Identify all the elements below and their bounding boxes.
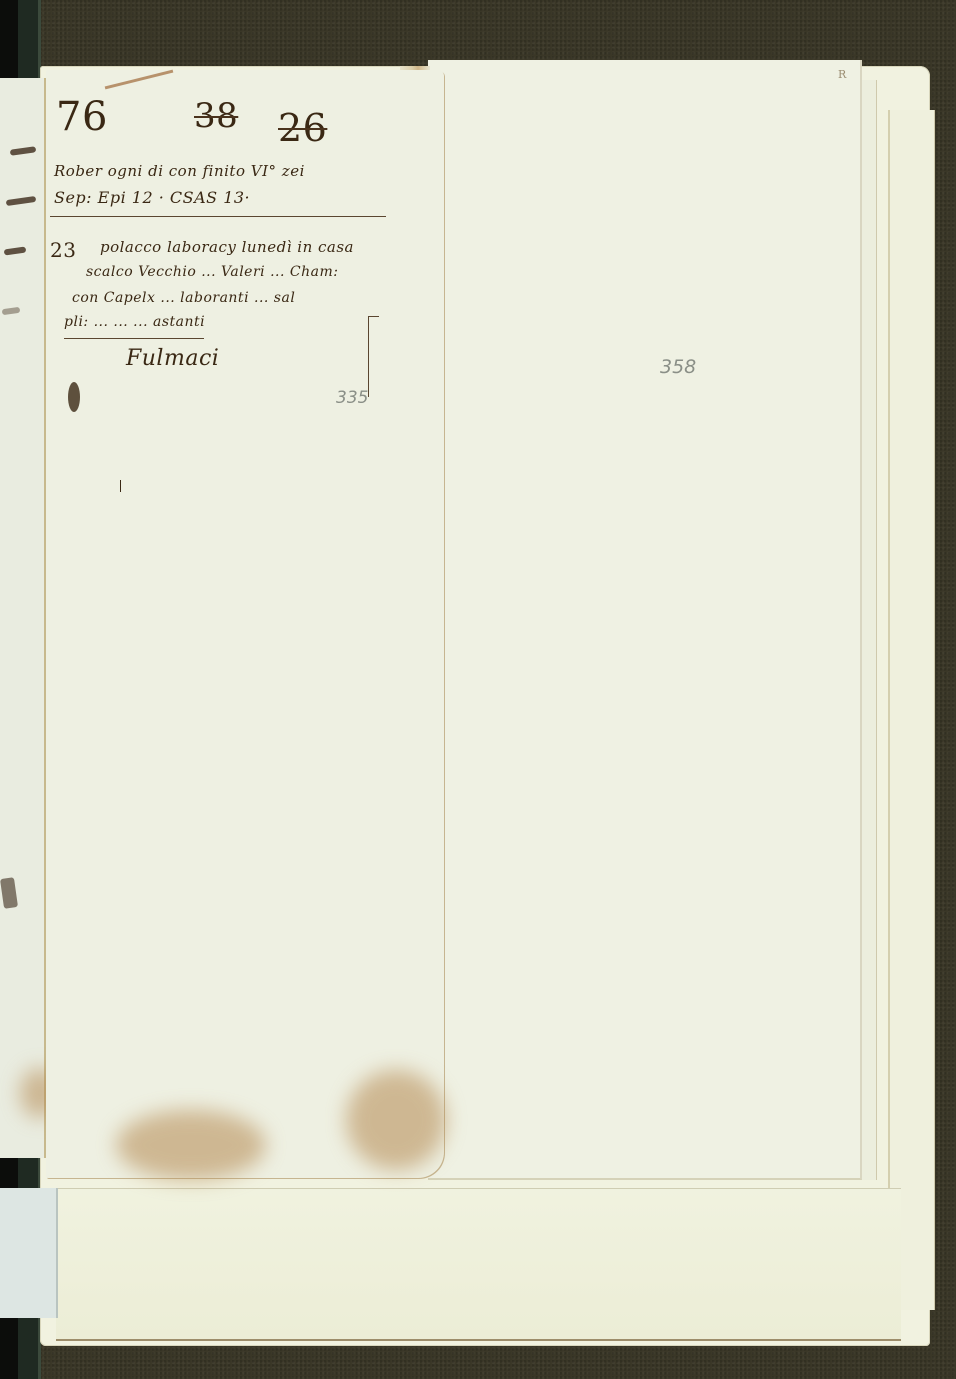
signature: Fulmaci <box>126 346 219 371</box>
struck-number-2: 26 <box>278 106 327 150</box>
ink-mark <box>120 480 121 492</box>
folio-number: 76 <box>56 94 108 140</box>
ink-fragment <box>2 307 21 315</box>
left-leaf: 76 38 26 Rober ogni di con finito VI° ze… <box>46 70 444 1178</box>
mount-fold-right <box>888 110 935 1310</box>
entry-number: 23 <box>50 238 76 262</box>
right-leaf: 358 R <box>428 60 862 1180</box>
ink-fragment <box>4 246 27 255</box>
folio-pencil-number-left: 335 <box>336 388 368 408</box>
heading-line-1: Rober ogni di con finito VI° zei <box>54 162 305 180</box>
mount-bottom-flap <box>56 1188 901 1341</box>
divider-rule <box>50 216 386 217</box>
struck-number-1: 38 <box>194 96 238 136</box>
entry-line-2: scalco Vecchio ... Valeri ... Cham: <box>86 264 338 280</box>
ink-fragment <box>0 877 18 909</box>
ink-flourish <box>105 70 174 90</box>
previous-page-edge <box>0 78 46 1158</box>
ink-fragment <box>10 146 37 156</box>
heading-line-2: Sep: Epi 12 · CSAS 13· <box>54 188 250 207</box>
entry-line-4: pli: ... ... ... astanti <box>64 314 205 330</box>
corner-mark: R <box>838 68 846 81</box>
ink-fragment <box>6 196 37 206</box>
ink-blot <box>68 382 80 412</box>
water-stain <box>116 1110 266 1180</box>
entry-line-1: polacco laboracy lunedì in casa <box>100 238 354 256</box>
entry-line-3: con Capelx ... laboranti ... sal <box>72 290 295 306</box>
margin-bracket <box>368 316 379 397</box>
water-stain <box>346 1070 446 1170</box>
entry-underline <box>64 338 204 339</box>
binding-cloth-strip <box>0 1188 58 1318</box>
folio-pencil-number-right: 358 <box>660 356 696 378</box>
